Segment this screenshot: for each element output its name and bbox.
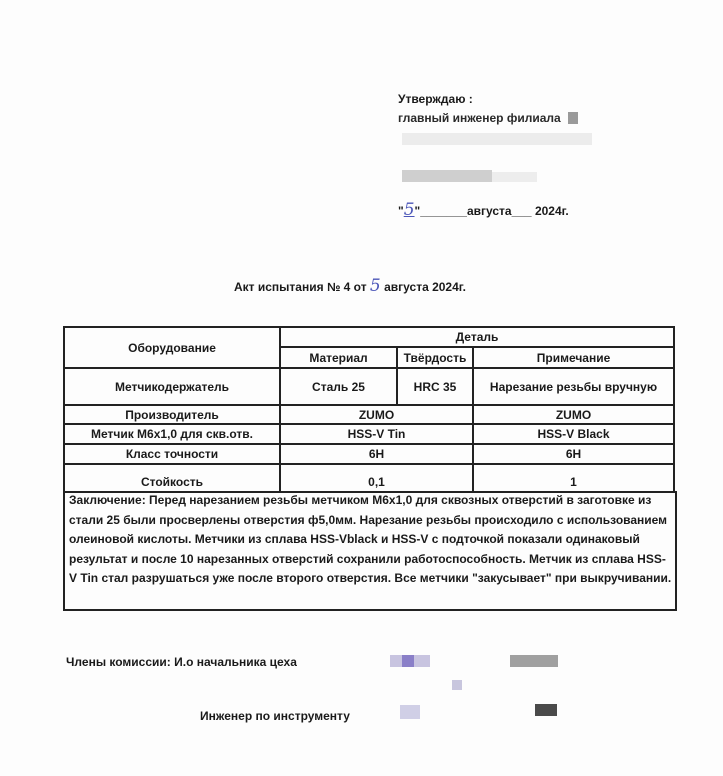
conclusion: Заключение: Перед нарезанием резьбы метч… (63, 491, 677, 611)
handwritten-day: 5 (404, 200, 415, 220)
commission-members: Члены комиссии: И.о начальника цеха (66, 655, 297, 669)
header-hardness: Твёрдость (397, 347, 473, 368)
header-equipment: Оборудование (64, 327, 280, 368)
redacted-signature (402, 655, 414, 667)
approval-heading: Утверждаю : (398, 92, 473, 106)
table-row: Класс точности 6H 6H (64, 444, 674, 464)
redacted-signature (452, 680, 462, 690)
redacted-block (492, 172, 537, 182)
redacted-signature (535, 704, 557, 716)
act-title: Акт испытания № 4 от 5 августа 2024г. (234, 276, 466, 296)
table-row: Производитель ZUMO ZUMO (64, 405, 674, 424)
header-detail: Деталь (280, 327, 674, 347)
approval-date: "5"_______августа___ 2024г. (398, 200, 569, 220)
redacted-signature (510, 655, 558, 667)
redacted-block (568, 112, 578, 124)
table-row: Метчикодержатель Сталь 25 HRC 35 Нарезан… (64, 368, 674, 405)
redacted-block (402, 170, 492, 182)
header-material: Материал (280, 347, 397, 368)
header-note: Примечание (473, 347, 674, 368)
approval-position: главный инженер филиала (398, 111, 561, 125)
redacted-signature (400, 705, 420, 719)
tool-engineer: Инженер по инструменту (200, 709, 350, 723)
redacted-block (402, 133, 592, 145)
handwritten-day: 5 (370, 276, 381, 296)
table-row: Метчик М6х1,0 для скв.отв. HSS-V Tin HSS… (64, 424, 674, 444)
test-table: Оборудование Деталь Материал Твёрдость П… (63, 326, 675, 493)
table-row: Стойкость 0,1 1 (64, 464, 674, 492)
